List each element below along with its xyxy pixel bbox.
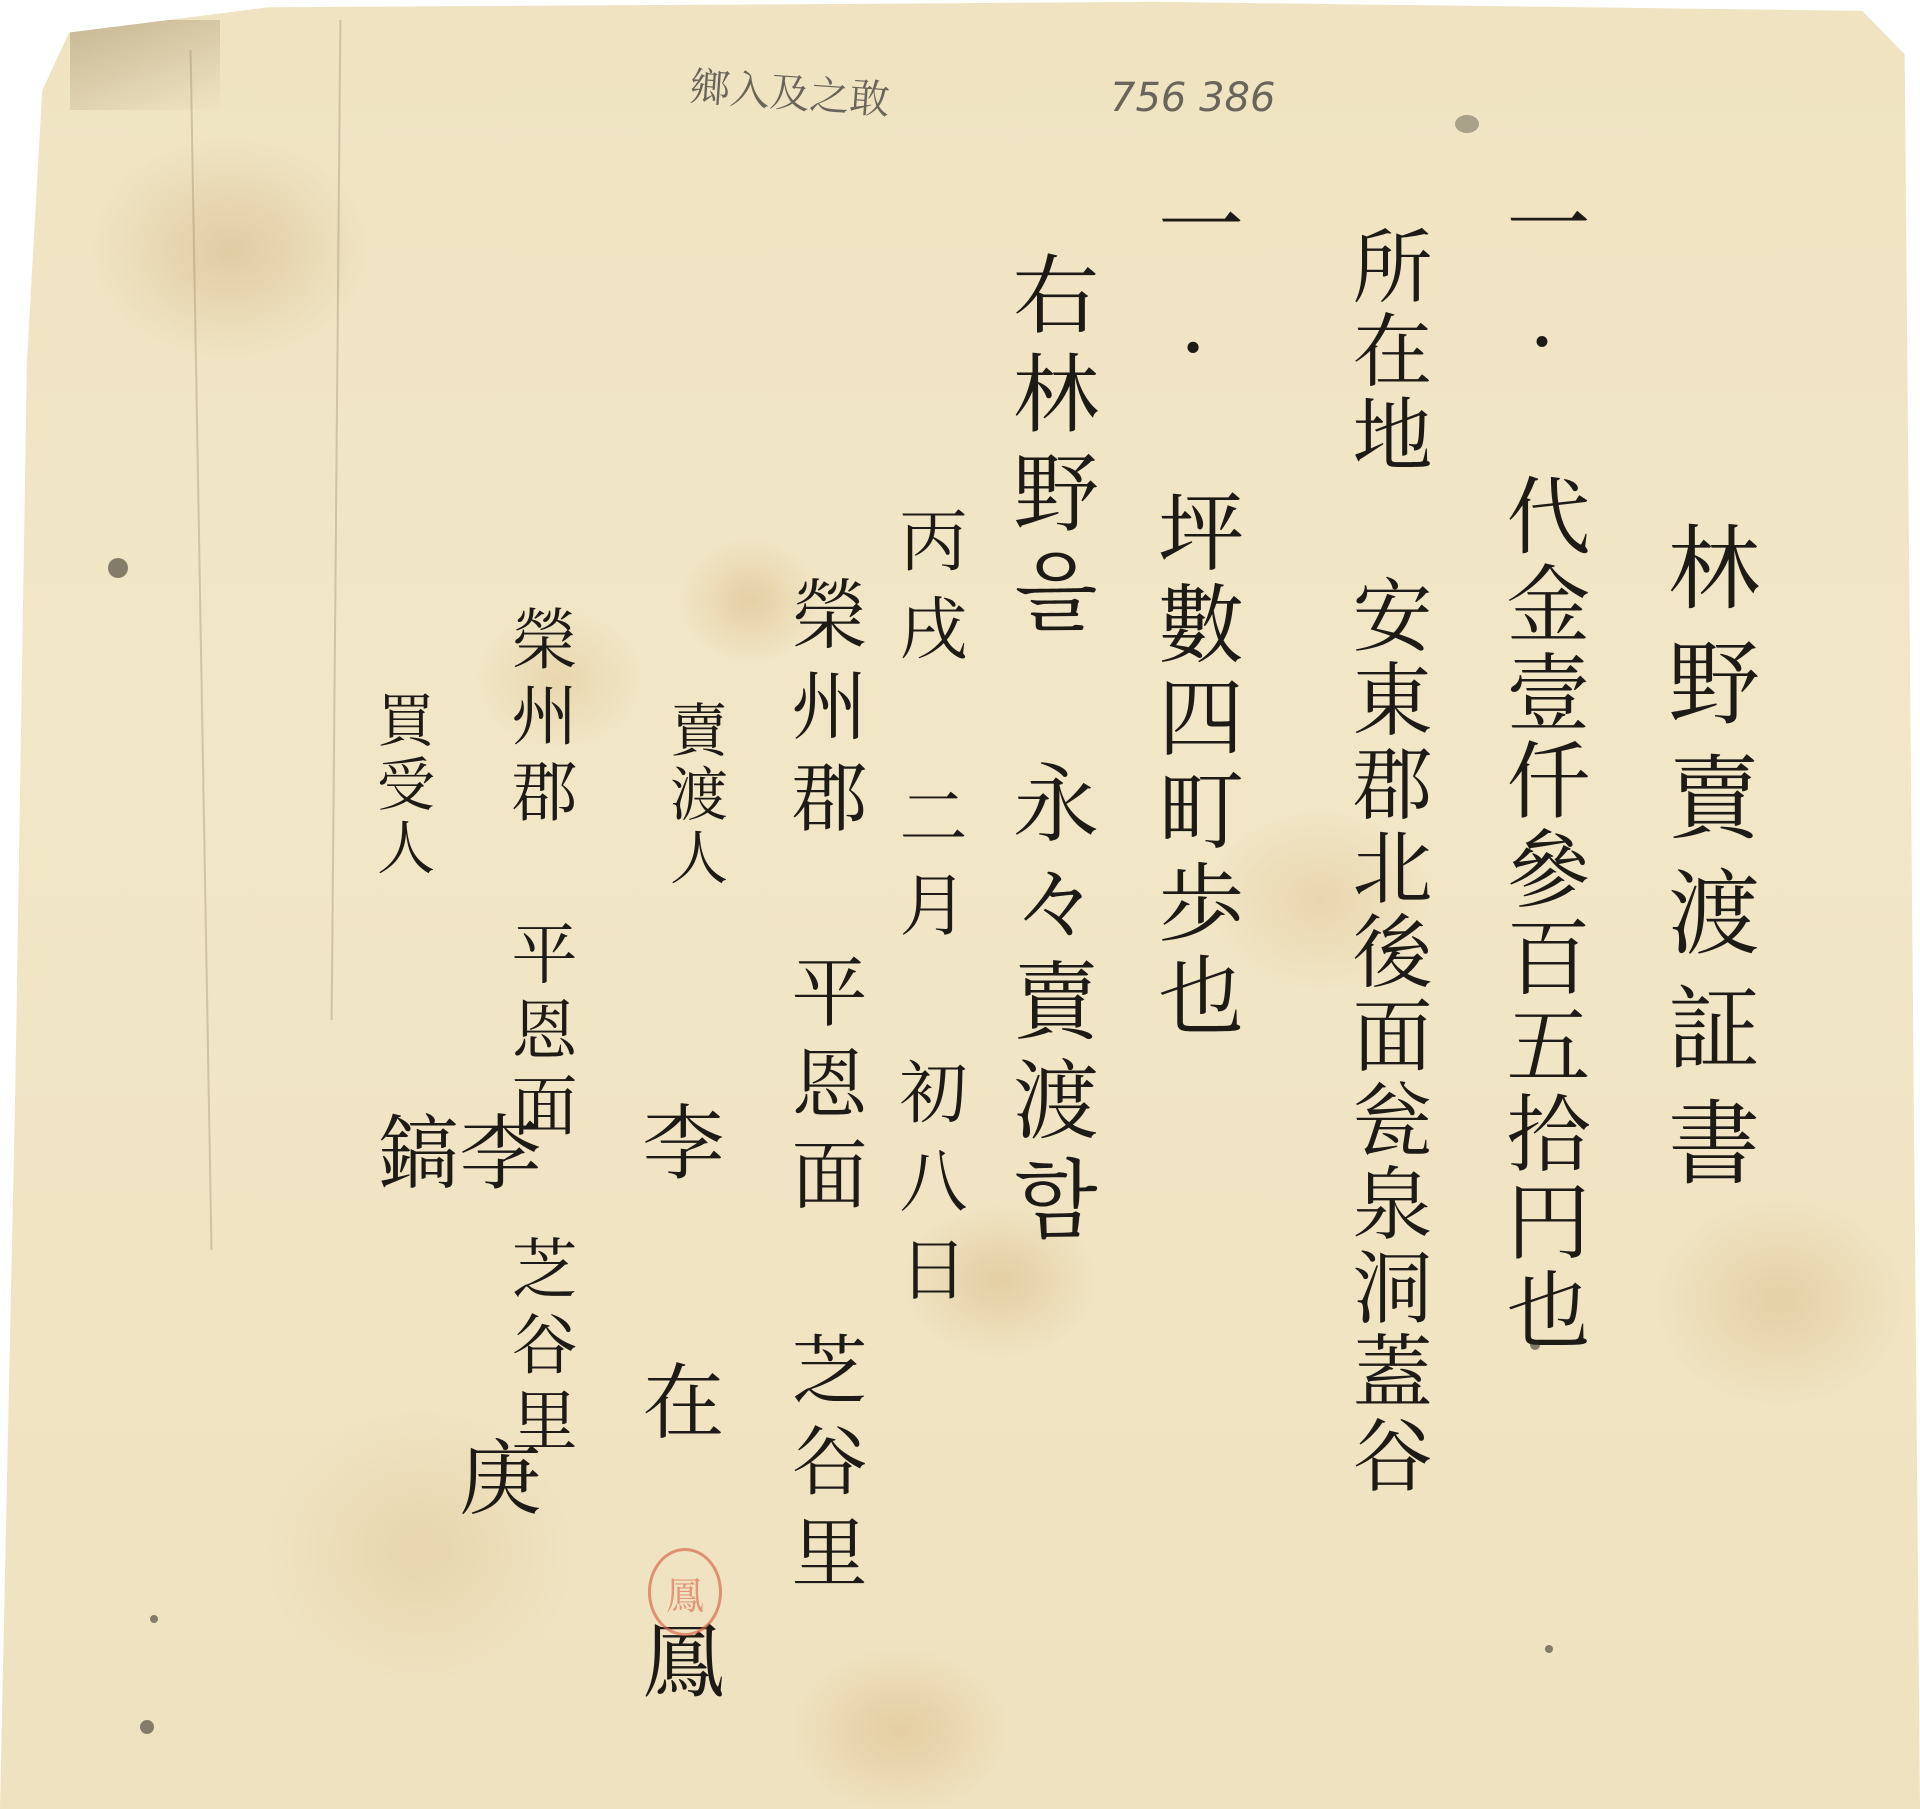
paper-speck [140,1720,154,1734]
pencil-annotation-text: 鄉入及之敢 [688,55,891,126]
paper-speck [108,558,128,578]
date-line: 丙戌 二月 初八日 [893,505,961,1323]
paper-crease [331,20,342,1020]
sale-statement-line: 右林野을 永々賣渡함 [1005,250,1091,1253]
seller-label: 賣渡人 [665,700,723,891]
price-line: 一. 代金壹仟參百五拾円也 [1500,180,1584,1355]
document-title: 林野賣渡証書 [1660,520,1752,1210]
document-paper: 鄉入及之敢 756 386 林野賣渡証書 一. 代金壹仟參百五拾円也 所在地 安… [0,0,1920,1809]
location-line: 所在地 安東郡北後面瓮泉洞蓋谷 [1345,225,1425,1498]
buyer-name: 李 庚 鎬 [370,1110,534,1809]
seller-address-line: 榮州郡 平恩面 芝谷里 [785,575,861,1604]
paper-speck [1455,115,1479,133]
paper-crease [190,50,213,1250]
buyer-label: 買受人 [372,690,430,881]
paper-speck [1530,1340,1540,1350]
seller-seal-stamp: 鳳 [648,1548,722,1636]
area-line: 一. 坪數四町歩也 [1150,180,1236,1044]
paper-speck [150,1615,158,1623]
pencil-annotation-number: 756 386 [1110,75,1275,121]
paper-speck [1545,1645,1553,1653]
folded-corner [70,20,220,110]
seller-name: 李 在 鳳 [635,1100,717,1741]
